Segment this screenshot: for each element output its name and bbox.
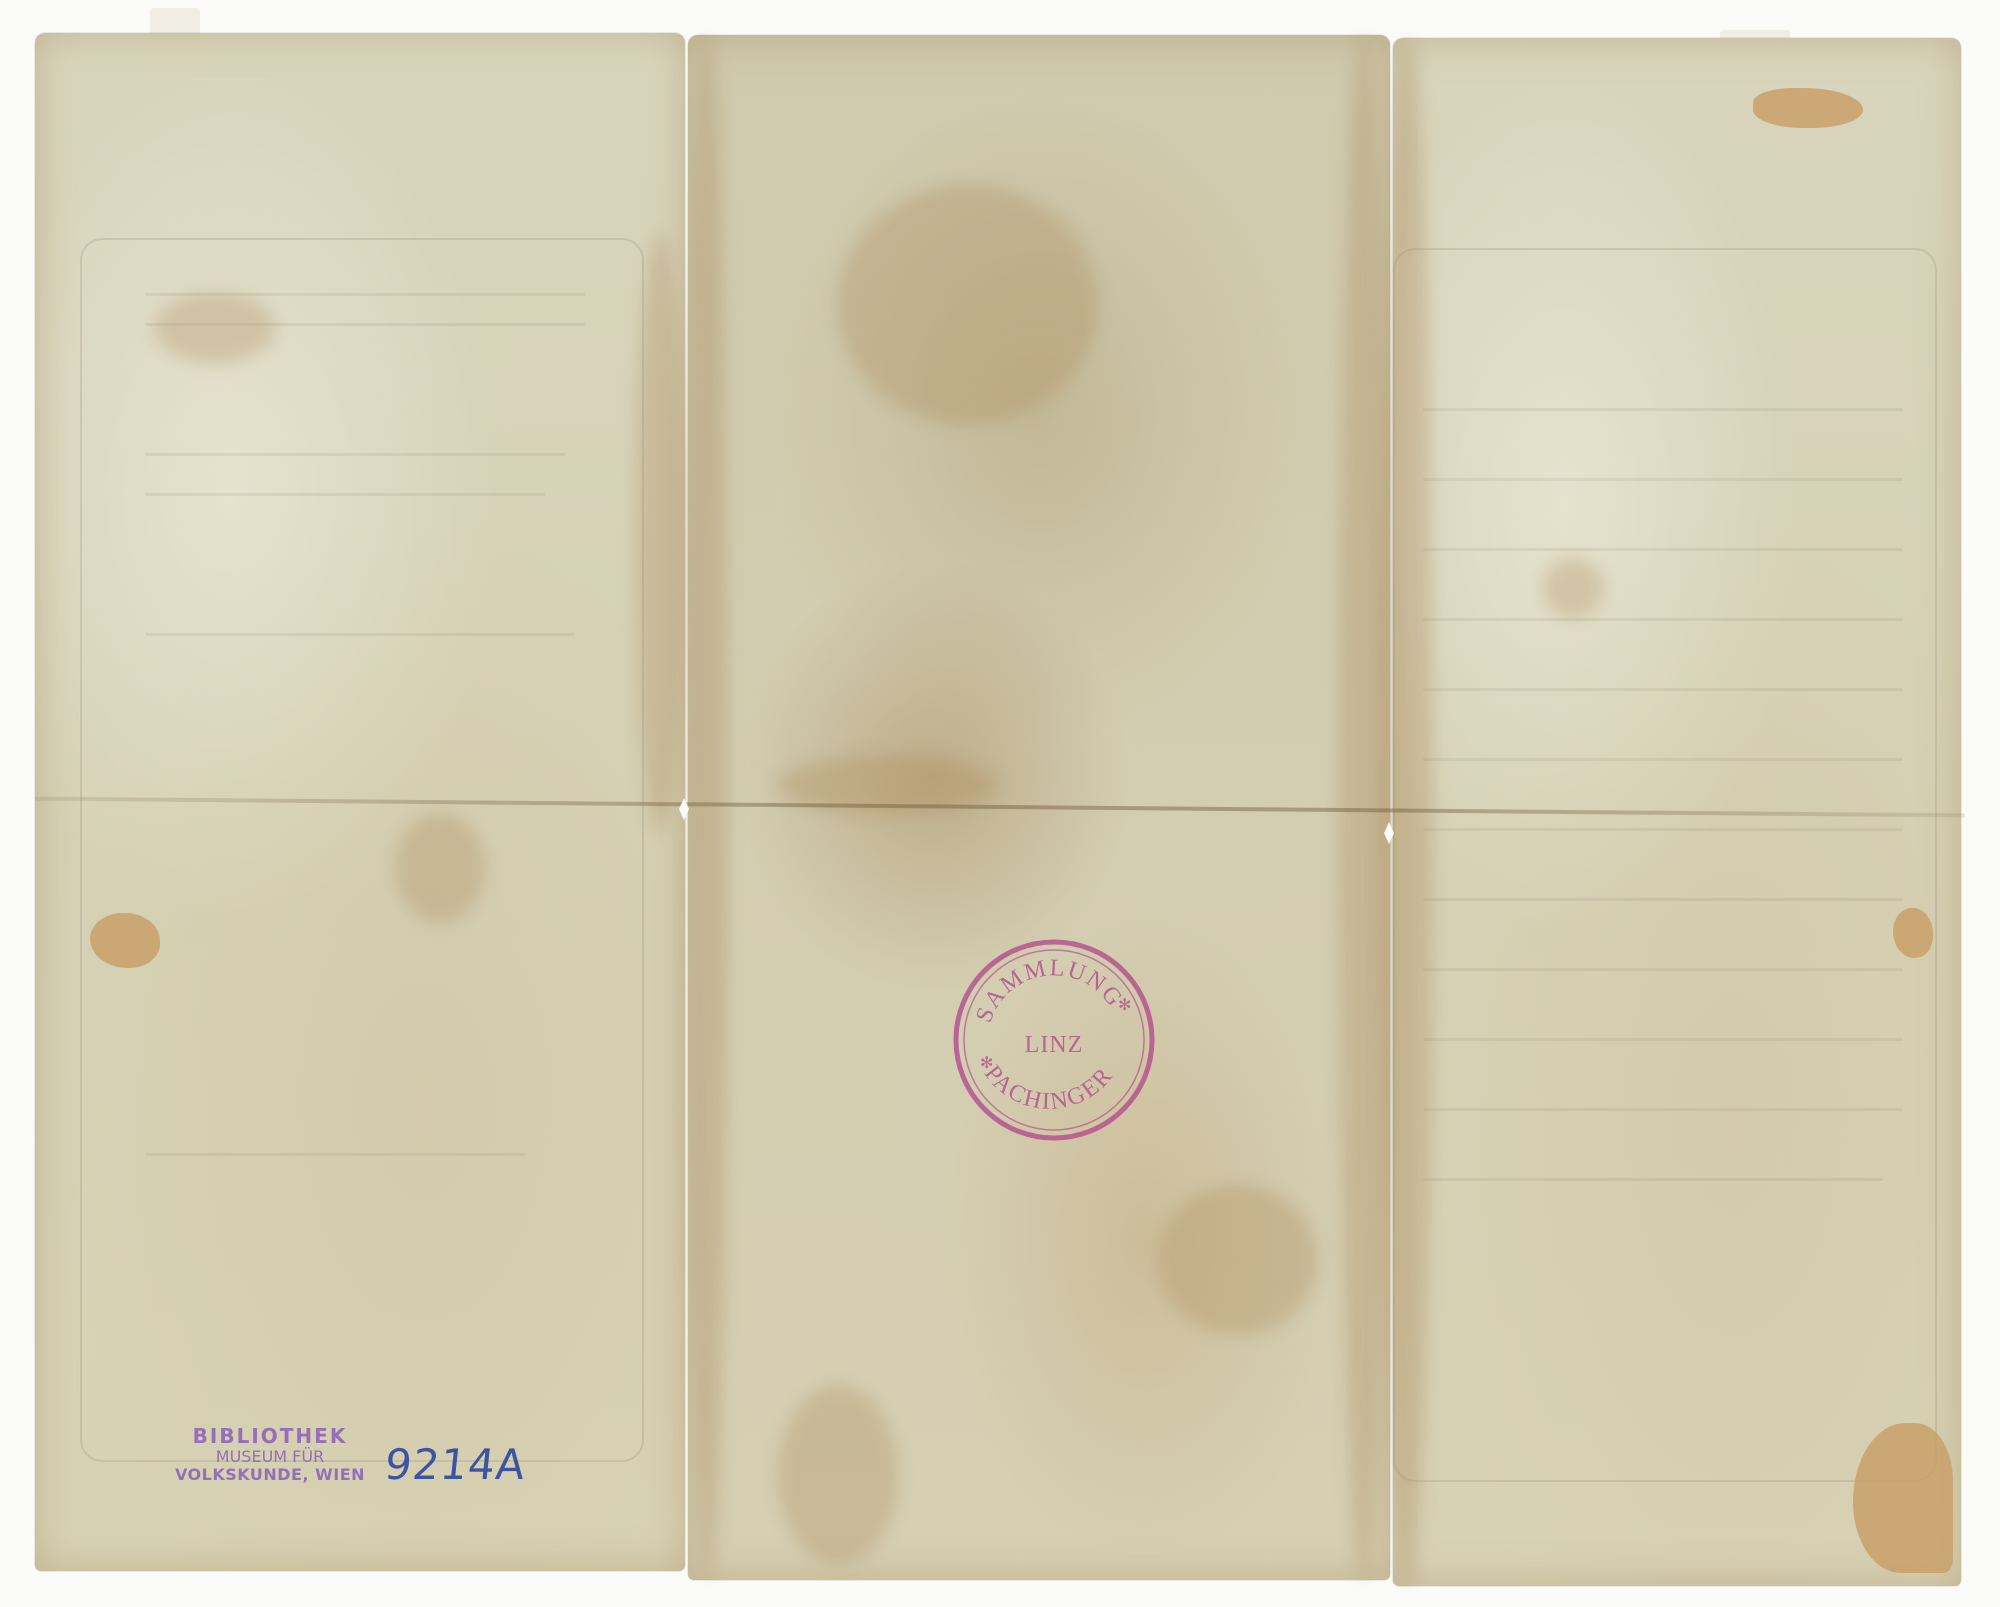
water-stain <box>90 913 160 968</box>
library-stamp-line2: MUSEUM FÜR <box>170 1448 370 1466</box>
library-stamp-line3: VOLKSKUNDE, WIEN <box>170 1466 370 1484</box>
library-stamp-line1: BIBLIOTHEK <box>170 1425 370 1448</box>
text-bleed <box>1423 408 1903 411</box>
foxing <box>778 1385 898 1565</box>
text-bleed <box>145 1153 525 1156</box>
text-bleed <box>1423 618 1903 621</box>
text-bleed <box>145 453 565 456</box>
collection-stamp: SAMMLUNG LINZ PACHINGER ✻ ✻ <box>948 934 1160 1146</box>
text-bleed <box>1423 968 1903 971</box>
paper-tab-top-left <box>150 8 200 34</box>
text-bleed <box>1423 758 1903 761</box>
collection-stamp-bottom-text: PACHINGER <box>979 1061 1119 1115</box>
handwritten-catalog-number: 9214A <box>382 1440 528 1489</box>
right-panel-frame <box>1393 248 1937 1482</box>
text-bleed <box>1423 898 1903 901</box>
text-bleed <box>1423 548 1903 551</box>
library-stamp: BIBLIOTHEK MUSEUM FÜR VOLKSKUNDE, WIEN <box>170 1425 370 1485</box>
foxing <box>635 233 685 833</box>
document-sheet: SAMMLUNG LINZ PACHINGER ✻ ✻ BIBLIOTHEK M… <box>0 0 2000 1607</box>
foxing <box>688 35 728 1580</box>
text-bleed <box>1423 688 1903 691</box>
text-bleed <box>145 633 575 636</box>
rust-stain-right <box>1893 908 1933 958</box>
left-panel-frame <box>80 238 644 1462</box>
foxing <box>838 185 1098 425</box>
foxing <box>1543 558 1603 618</box>
collection-stamp-graphic: SAMMLUNG LINZ PACHINGER ✻ ✻ <box>948 934 1160 1146</box>
svg-text:PACHINGER: PACHINGER <box>979 1061 1119 1115</box>
foxing <box>155 293 275 363</box>
foxing <box>395 813 485 923</box>
collection-stamp-center-text: LINZ <box>1025 1032 1084 1058</box>
star-ornament-icon: ✻ <box>1118 997 1131 1014</box>
foxing <box>1158 1185 1318 1335</box>
text-bleed <box>1423 1178 1883 1181</box>
rust-stain-bottom-corner <box>1853 1423 1953 1573</box>
text-bleed <box>1423 828 1903 831</box>
text-bleed <box>145 493 545 496</box>
star-ornament-icon: ✻ <box>980 1055 993 1072</box>
text-bleed <box>1423 1108 1903 1111</box>
text-bleed <box>1423 1038 1903 1041</box>
rust-stain-top <box>1753 88 1863 128</box>
text-bleed <box>1423 478 1903 481</box>
